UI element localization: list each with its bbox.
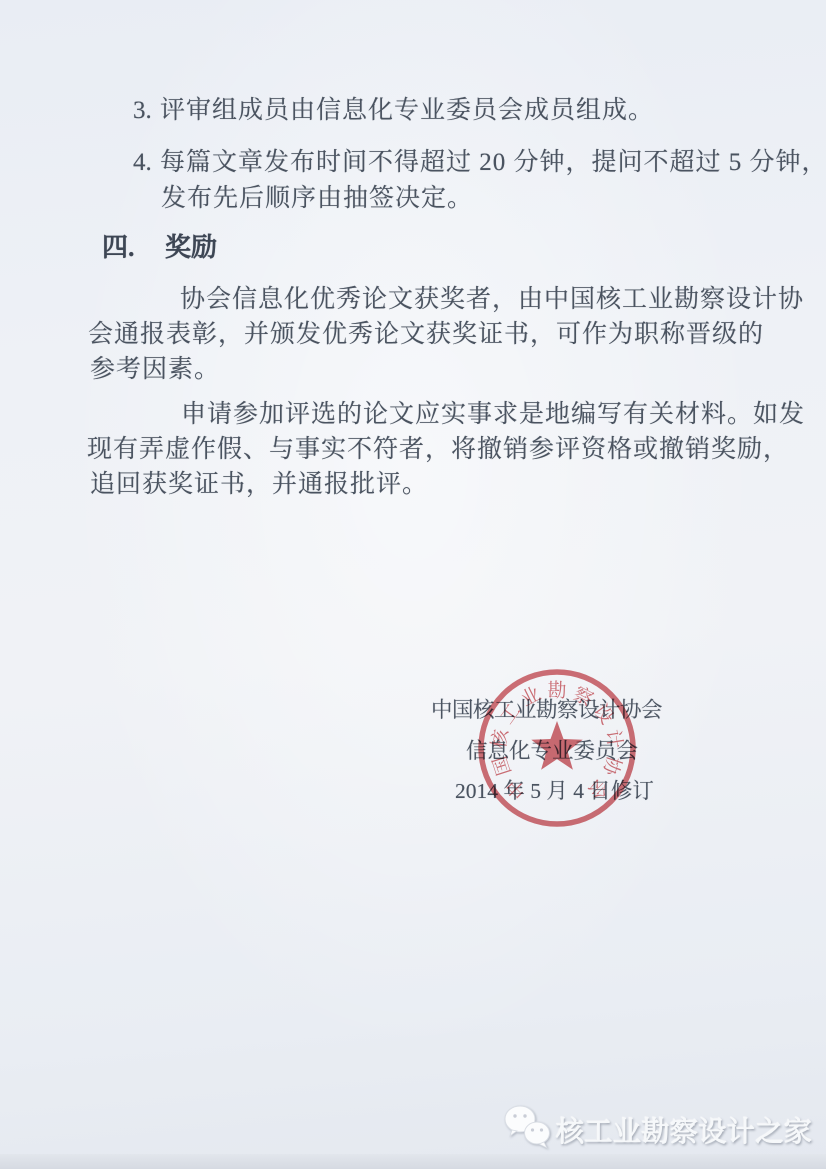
red-star-icon <box>531 721 582 770</box>
section-heading-numeral: 四. <box>102 227 165 264</box>
seal-arc-char: 核 <box>488 727 513 750</box>
official-seal-stamp: 中国核工业勘察设计协会 <box>473 664 641 832</box>
list-item-3: 3.评审组成员由信息化专业委员会成员组成。 <box>133 90 654 126</box>
wechat-icon <box>502 1103 554 1151</box>
paragraph-1-line-2: 会通报表彰，并颁发优秀论文获奖证书，可作为职称晋级的 <box>88 314 764 350</box>
section-heading: 四.奖励 <box>102 227 217 264</box>
scan-bottom-edge <box>0 1154 826 1169</box>
seal-arc-char: 协 <box>598 753 625 779</box>
seal-arc-char: 会 <box>583 774 612 803</box>
list-item-3-number: 3. <box>133 97 160 125</box>
list-item-4-number: 4. <box>133 149 160 177</box>
section-heading-title: 奖励 <box>165 233 217 262</box>
seal-arc-char: 察 <box>570 683 597 711</box>
seal-arc-char: 国 <box>489 753 516 778</box>
paragraph-2-line-3: 追回获奖证书，并通报批评。 <box>90 464 428 500</box>
footer-watermark-text: 核工业勘察设计之家 <box>556 1110 813 1150</box>
list-item-4-line-1: 4.每篇文章发布时间不得超过 20 分钟，提问不超过 5 分钟， <box>133 142 826 178</box>
paragraph-2-line-1: 申请参加评选的论文应实事求是地编写有关材料。如发 <box>181 394 805 430</box>
seal-arc-char: 设 <box>589 700 618 728</box>
seal-arc-char: 工 <box>497 701 525 729</box>
seal-arc-char: 业 <box>517 683 544 711</box>
seal-arc-char: 计 <box>601 728 626 750</box>
list-item-4-text-line-1: 每篇文章发布时间不得超过 20 分钟，提问不超过 5 分钟， <box>160 149 826 176</box>
paragraph-1-line-3: 参考因素。 <box>90 349 220 385</box>
list-item-4-line-2: 发布先后顺序由抽签决定。 <box>161 178 473 214</box>
seal-arc-char: 中 <box>502 774 531 803</box>
paragraph-1-line-1: 协会信息化优秀论文获奖者，由中国核工业勘察设计协 <box>180 279 804 315</box>
scanned-document-page: 3.评审组成员由信息化专业委员会成员组成。 4.每篇文章发布时间不得超过 20 … <box>0 0 826 1169</box>
seal-arc-char: 勘 <box>547 680 566 702</box>
paragraph-2-line-2: 现有弄虚作假、与事实不符者，将撤销参评资格或撤销奖励， <box>87 429 789 465</box>
list-item-3-text: 评审组成员由信息化专业委员会成员组成。 <box>160 97 654 124</box>
